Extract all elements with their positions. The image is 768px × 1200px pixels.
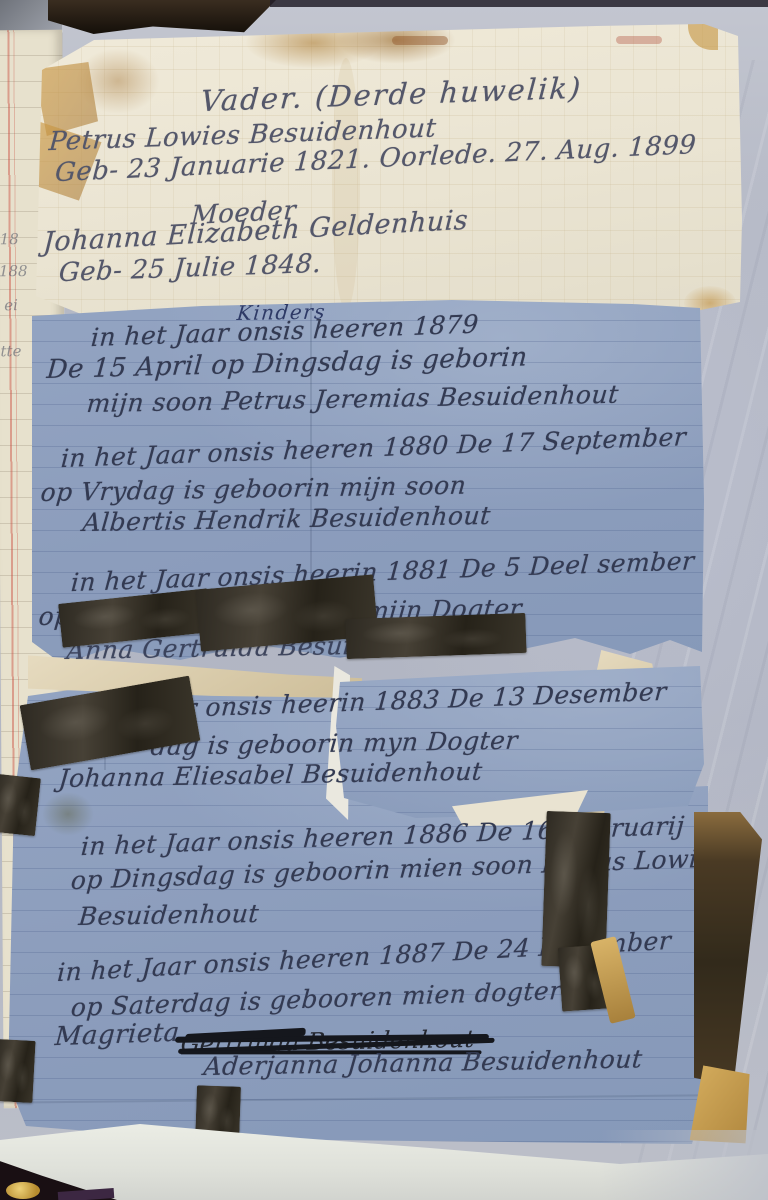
ink-smudge (42, 792, 94, 836)
margin-fragment: 18 (0, 230, 19, 248)
paper-crease (8, 1094, 698, 1103)
dark-tape-piece (345, 613, 526, 659)
stain-streak (392, 36, 448, 45)
entry-1886-line3: Besuidenhout (77, 899, 260, 931)
margin-fragment: 188 (0, 262, 28, 280)
margin-fragment: ei (4, 296, 18, 314)
dark-tape-piece (0, 1039, 36, 1103)
dark-tape-piece (0, 774, 41, 836)
stain-streak (616, 36, 662, 44)
photo-of-family-register: 18 188 ei tte Vader. (Derde huwelik) Pet… (0, 0, 768, 1200)
entry-1887-line3: Magrieta (54, 1018, 181, 1052)
gold-object (6, 1182, 40, 1199)
tissue-fade (600, 1130, 768, 1200)
margin-fragment: tte (0, 342, 21, 360)
dark-background-edge (270, 0, 768, 7)
